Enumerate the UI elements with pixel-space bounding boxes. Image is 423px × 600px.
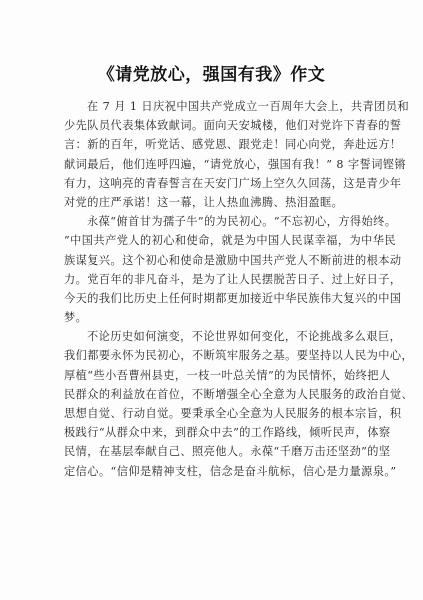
paragraph-1: 在 7 月 1 日庆祝中国共产党成立一百周年大会上，共青团员和 少先队员代表集体… — [64, 97, 354, 212]
text-line: 少先队员代表集体致献词。面向天安城楼，他们对党许下青春的誓 — [64, 116, 354, 135]
text-line: 极践行“从群众中来，到群众中去”的工作路线，倾听民声，体察 — [64, 423, 354, 442]
text-line: ”中国共产党人的初心和使命，就是为中国人民谋幸福，为中华民 — [64, 231, 354, 250]
text-line: 力。党百年的非凡奋斗，是为了让人民摆脱苦日子、过上好日子， — [64, 270, 354, 289]
text-line: 厚植“些小吾曹州县吏，一枝一叶总关情”的为民情怀，始终把人 — [64, 366, 354, 385]
text-line: 我们都要永怀为民初心，不断筑牢服务之基。要坚持以人民为中心， — [64, 346, 354, 365]
text-line: 有力，这响亮的青春誓言在天安门广场上空久久回荡，这是青少年 — [64, 174, 354, 193]
text-line: 言：新的百年，听党话、感党恩、跟党走！同心向党，奔赴远方！ — [64, 135, 354, 154]
text-line: 献词最后，他们连呼四遍，“请党放心，强国有我！” 8 字誓词铿锵 — [64, 155, 354, 174]
paragraph-2: 永葆“俯首甘为孺子牛”的为民初心。“不忘初心，方得始终。 ”中国共产党人的初心和… — [64, 212, 354, 327]
text-line: 永葆“俯首甘为孺子牛”的为民初心。“不忘初心，方得始终。 — [64, 212, 354, 231]
paragraph-3: 不论历史如何演变，不论世界如何变化，不论挑战多么艰巨， 我们都要永怀为民初心，不… — [64, 327, 354, 481]
document-body: 在 7 月 1 日庆祝中国共产党成立一百周年大会上，共青团员和 少先队员代表集体… — [64, 97, 354, 481]
text-line: 民群众的利益放在首位，不断增强全心全意为人民服务的政治自觉、 — [64, 385, 354, 404]
text-line: 对党的庄严承诺！这一幕，让人热血沸腾、热泪盈眶。 — [64, 193, 354, 212]
text-line: 在 7 月 1 日庆祝中国共产党成立一百周年大会上，共青团员和 — [64, 97, 354, 116]
text-line: 不论历史如何演变，不论世界如何变化，不论挑战多么艰巨， — [64, 327, 354, 346]
document-title: 《请党放心，强国有我》作文 — [0, 60, 423, 85]
text-line: 族谋复兴。这个初心和使命是激励中国共产党人不断前进的根本动 — [64, 251, 354, 270]
text-line: 民情，在基层奉献自己、照亮他人。永葆“千磨万击还坚劲”的坚 — [64, 442, 354, 461]
text-line: 思想自觉、行动自觉。要秉承全心全意为人民服务的根本宗旨，积 — [64, 404, 354, 423]
text-line: 今天的我们比历史上任何时期都更加接近中华民族伟大复兴的中国 — [64, 289, 354, 308]
document-page: 《请党放心，强国有我》作文 在 7 月 1 日庆祝中国共产党成立一百周年大会上，… — [0, 0, 423, 600]
text-line: 定信心。“信仰是精神支柱，信念是奋斗航标，信心是力量源泉。” — [64, 462, 354, 481]
text-line: 梦。 — [64, 308, 354, 327]
